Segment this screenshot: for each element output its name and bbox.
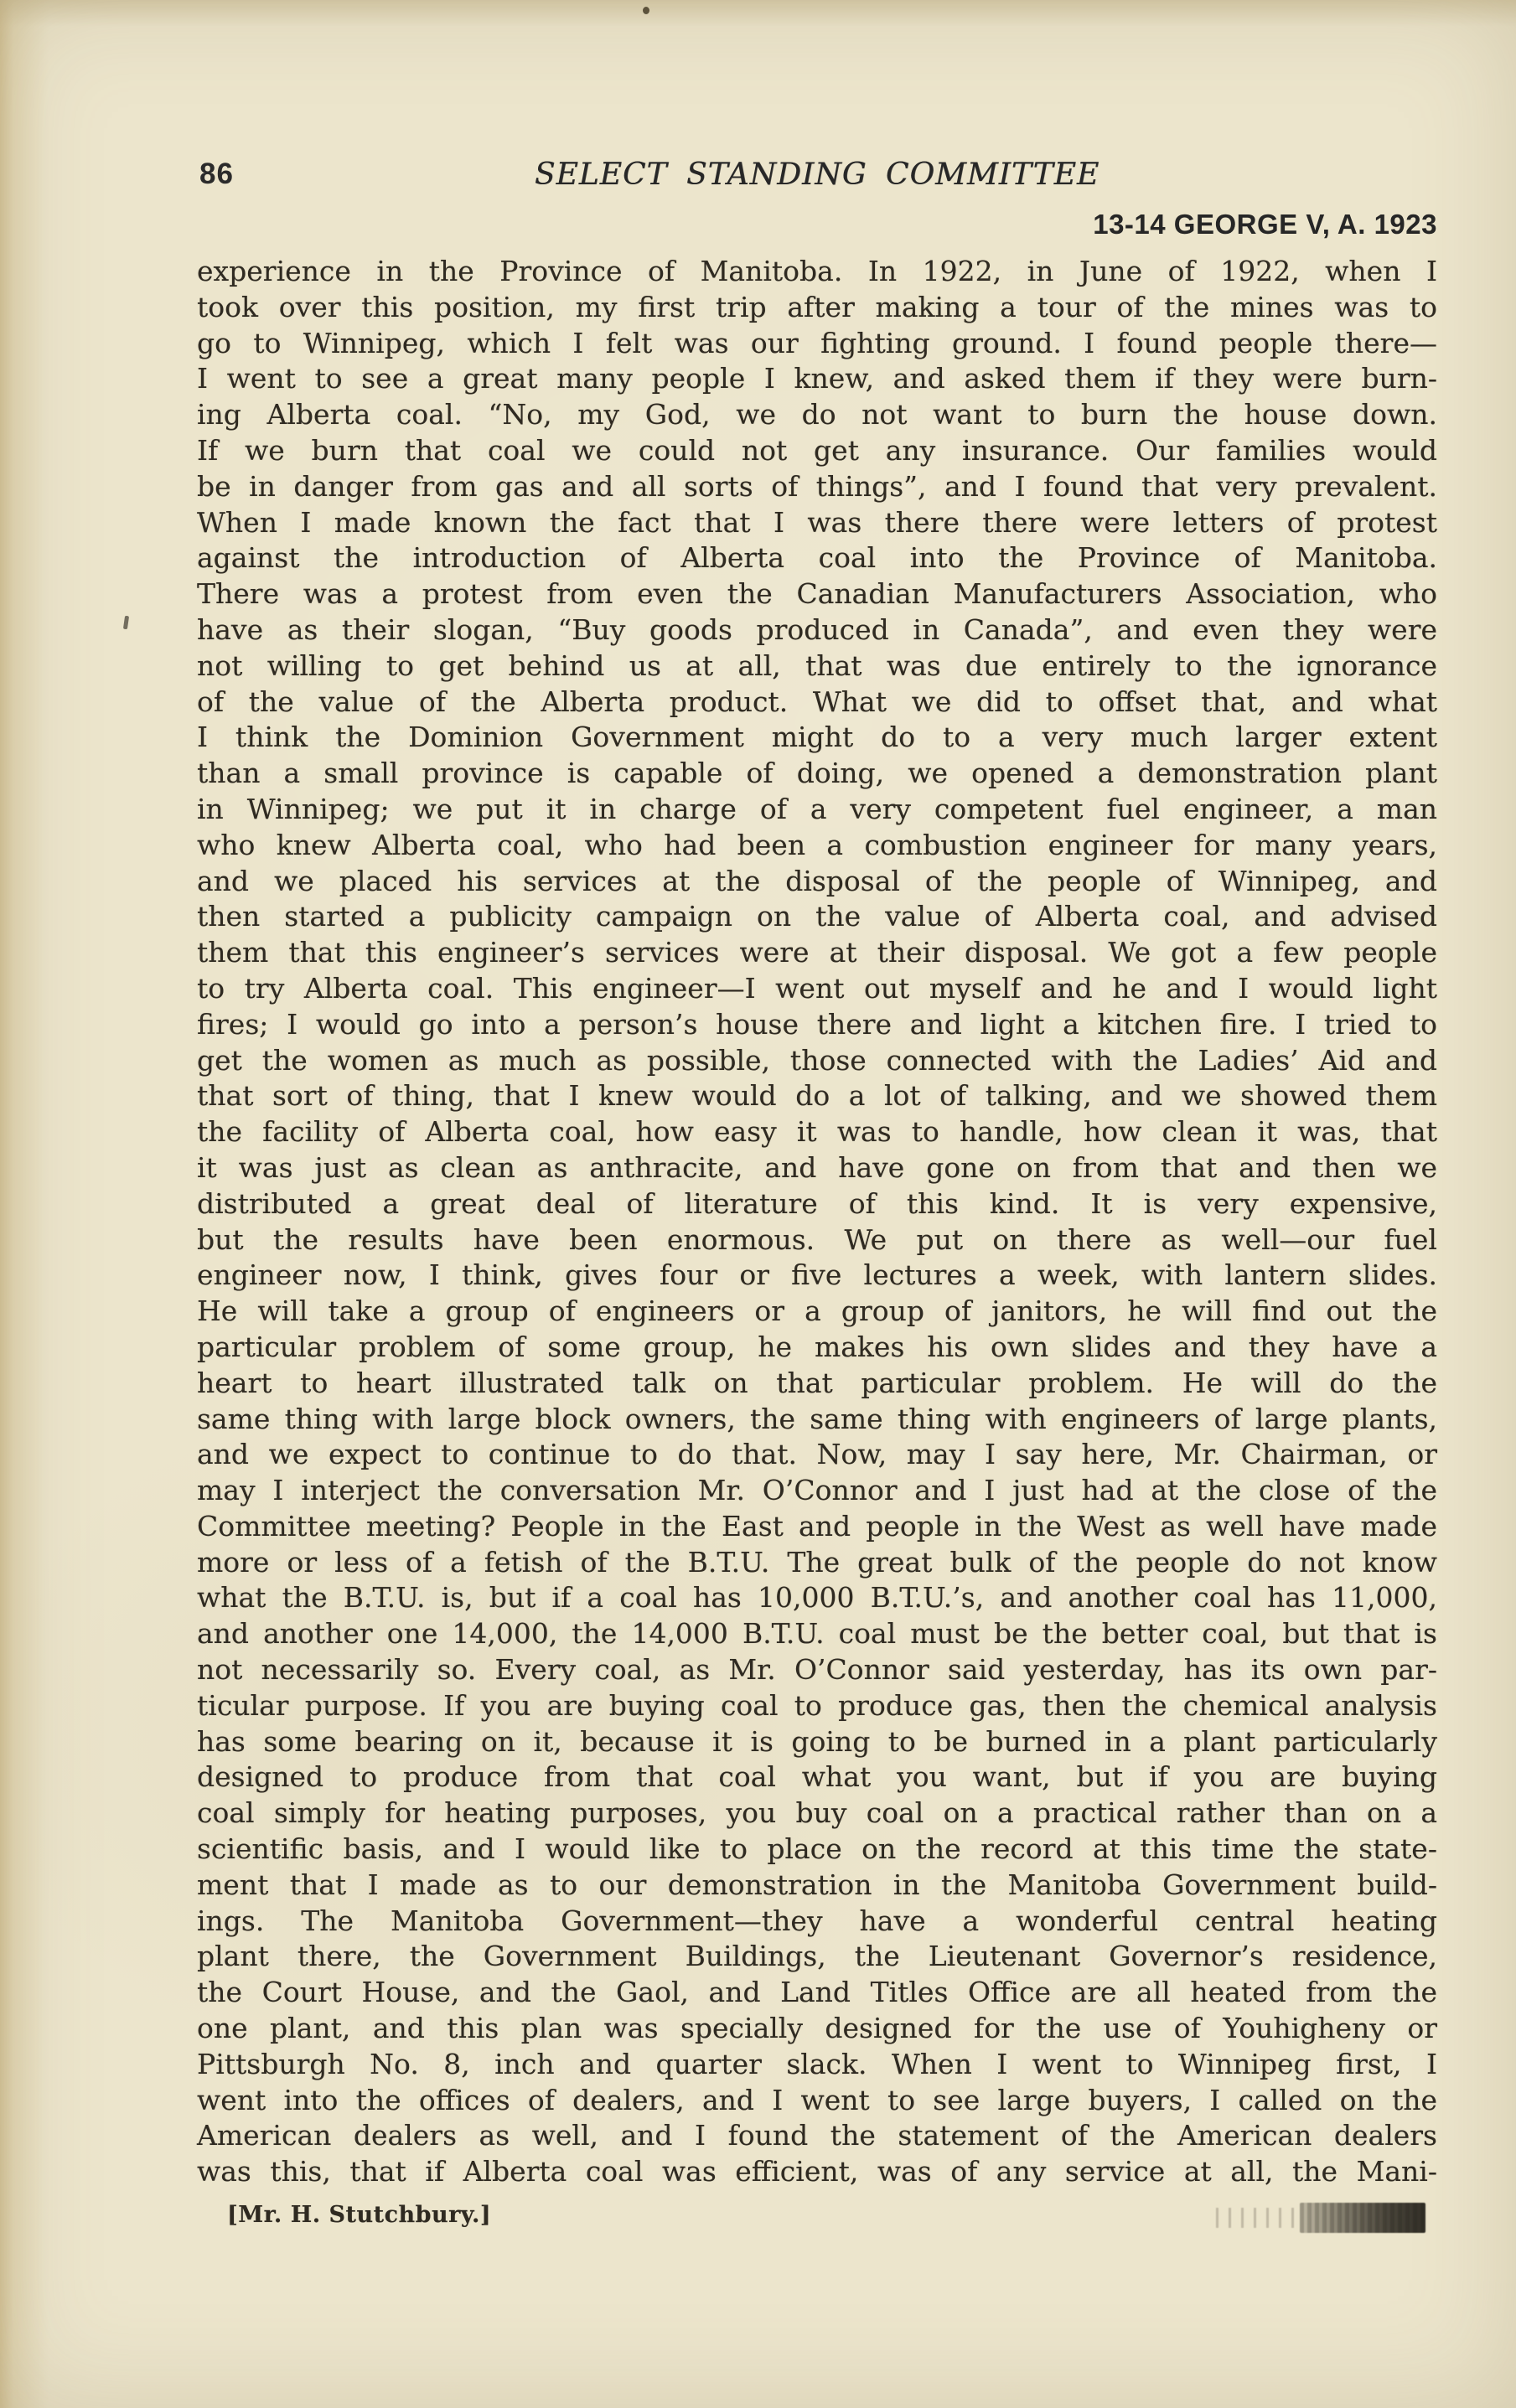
text-line-content: took over this position, my first trip a… xyxy=(197,291,1437,323)
text-line: coal simply for heating purposes, you bu… xyxy=(197,1796,1437,1832)
text-line-content: ings. The Manitoba Government—they have … xyxy=(197,1904,1437,1937)
text-line-content: I think the Dominion Government might do… xyxy=(197,721,1437,753)
text-line: then started a publicity campaign on the… xyxy=(197,899,1437,935)
text-line-content: I went to see a great many people I knew… xyxy=(197,362,1437,395)
text-line-content: and we expect to continue to do that. No… xyxy=(197,1438,1437,1470)
text-line-content: go to Winnipeg, which I felt was our fig… xyxy=(197,327,1437,359)
text-line: designed to produce from that coal what … xyxy=(197,1759,1437,1796)
text-line-content: engineer now, I think, gives four or fiv… xyxy=(197,1258,1437,1291)
text-line: Committee meeting? People in the East an… xyxy=(197,1509,1437,1545)
text-line: ment that I made as to our demonstration… xyxy=(197,1868,1437,1904)
text-line: the facility of Alberta coal, how easy i… xyxy=(197,1114,1437,1150)
text-line: particular problem of some group, he mak… xyxy=(197,1330,1437,1366)
text-line: heart to heart illustrated talk on that … xyxy=(197,1366,1437,1402)
text-line: and we placed his services at the dispos… xyxy=(197,864,1437,900)
text-line-content: who knew Alberta coal, who had been a co… xyxy=(197,829,1437,861)
text-line: ing Alberta coal. “No, my God, we do not… xyxy=(197,397,1437,433)
text-line-content: same thing with large block owners, the … xyxy=(197,1403,1437,1435)
running-title: SELECT STANDING COMMITTEE xyxy=(197,158,1437,192)
text-line-content: that sort of thing, that I knew would do… xyxy=(197,1079,1437,1112)
text-line: and another one 14,000, the 14,000 B.T.U… xyxy=(197,1616,1437,1652)
text-line-content: but the results have been enormous. We p… xyxy=(197,1223,1437,1256)
text-line-content: and another one 14,000, the 14,000 B.T.U… xyxy=(197,1617,1437,1650)
text-line-content: not willing to get behind us at all, tha… xyxy=(197,649,1437,682)
text-line: not willing to get behind us at all, tha… xyxy=(197,649,1437,685)
text-line: more or less of a fetish of the B.T.U. T… xyxy=(197,1545,1437,1581)
text-line: has some bearing on it, because it is go… xyxy=(197,1724,1437,1760)
text-line-content: them that this engineer’s services were … xyxy=(197,936,1437,969)
text-line: distributed a great deal of literature o… xyxy=(197,1186,1437,1222)
text-line-content: it was just as clean as anthracite, and … xyxy=(197,1151,1437,1184)
text-line: When I made known the fact that I was th… xyxy=(197,505,1437,541)
text-line-content: Pittsburgh No. 8, inch and quarter slack… xyxy=(197,2048,1437,2080)
text-line: against the introduction of Alberta coal… xyxy=(197,540,1437,576)
text-line-content: get the women as much as possible, those… xyxy=(197,1044,1437,1077)
text-line-content: He will take a group of engineers or a g… xyxy=(197,1294,1437,1327)
text-line-content: have as their slogan, “Buy goods produce… xyxy=(197,613,1437,646)
text-line-content: There was a protest from even the Canadi… xyxy=(197,577,1437,610)
text-line: engineer now, I think, gives four or fiv… xyxy=(197,1258,1437,1294)
text-line: have as their slogan, “Buy goods produce… xyxy=(197,612,1437,649)
text-line-content: was this, that if Alberta coal was effic… xyxy=(197,2155,1437,2188)
text-line: went into the offices of dealers, and I … xyxy=(197,2083,1437,2119)
text-line-content: of the value of the Alberta product. Wha… xyxy=(197,685,1437,718)
text-line-content: the facility of Alberta coal, how easy i… xyxy=(197,1115,1437,1148)
page-edge-shadow-top xyxy=(0,0,1516,27)
page-footer: [Mr. H. Stutchbury.] xyxy=(197,2200,1437,2239)
text-line-content: be in danger from gas and all sorts of t… xyxy=(197,470,1437,503)
text-line-content: in Winnipeg; we put it in charge of a ve… xyxy=(197,793,1437,825)
text-line-content: plant there, the Government Buildings, t… xyxy=(197,1940,1437,1972)
text-line-content: the Court House, and the Gaol, and Land … xyxy=(197,1976,1437,2008)
text-line: American dealers as well, and I found th… xyxy=(197,2118,1437,2154)
text-line: same thing with large block owners, the … xyxy=(197,1402,1437,1438)
text-line: to try Alberta coal. This engineer—I wen… xyxy=(197,971,1437,1007)
text-line: He will take a group of engineers or a g… xyxy=(197,1294,1437,1330)
text-line: I think the Dominion Government might do… xyxy=(197,720,1437,756)
text-line-content: fires; I would go into a person’s house … xyxy=(197,1008,1437,1041)
text-line: Pittsburgh No. 8, inch and quarter slack… xyxy=(197,2047,1437,2083)
text-line: fires; I would go into a person’s house … xyxy=(197,1007,1437,1043)
text-line: was this, that if Alberta coal was effic… xyxy=(197,2154,1437,2190)
text-line: be in danger from gas and all sorts of t… xyxy=(197,469,1437,505)
speaker-attribution: [Mr. H. Stutchbury.] xyxy=(227,2202,491,2228)
text-line-content: scientific basis, and I would like to pl… xyxy=(197,1832,1437,1865)
text-line: may I interject the conversation Mr. O’C… xyxy=(197,1473,1437,1509)
text-line-content: coal simply for heating purposes, you bu… xyxy=(197,1796,1437,1829)
page-edge-shadow-left xyxy=(0,0,52,2408)
text-line-content: particular problem of some group, he mak… xyxy=(197,1331,1437,1363)
text-line-content: ment that I made as to our demonstration… xyxy=(197,1868,1437,1901)
text-line-content: experience in the Province of Manitoba. … xyxy=(197,255,1437,287)
text-line-content: went into the offices of dealers, and I … xyxy=(197,2084,1437,2116)
text-line: took over this position, my first trip a… xyxy=(197,290,1437,326)
text-line-content: has some bearing on it, because it is go… xyxy=(197,1725,1437,1758)
text-line: who knew Alberta coal, who had been a co… xyxy=(197,828,1437,864)
text-line: go to Winnipeg, which I felt was our fig… xyxy=(197,326,1437,362)
text-line-content: more or less of a fetish of the B.T.U. T… xyxy=(197,1546,1437,1579)
text-line: ings. The Manitoba Government—they have … xyxy=(197,1904,1437,1940)
text-line-content: If we burn that coal we could not get an… xyxy=(197,434,1437,467)
text-line-content: designed to produce from that coal what … xyxy=(197,1760,1437,1793)
text-line-content: then started a publicity campaign on the… xyxy=(197,900,1437,933)
text-line-content: and we placed his services at the dispos… xyxy=(197,865,1437,897)
text-line: not necessarily so. Every coal, as Mr. O… xyxy=(197,1652,1437,1688)
text-line: one plant, and this plan was specially d… xyxy=(197,2011,1437,2047)
text-line-content: Committee meeting? People in the East an… xyxy=(197,1510,1437,1542)
text-line: what the B.T.U. is, but if a coal has 10… xyxy=(197,1580,1437,1616)
text-line: in Winnipeg; we put it in charge of a ve… xyxy=(197,792,1437,828)
text-line-content: American dealers as well, and I found th… xyxy=(197,2119,1437,2152)
text-line-content: against the introduction of Alberta coal… xyxy=(197,541,1437,574)
text-line-content: ing Alberta coal. “No, my God, we do not… xyxy=(197,398,1437,431)
text-line-content: what the B.T.U. is, but if a coal has 10… xyxy=(197,1581,1437,1614)
text-line: If we burn that coal we could not get an… xyxy=(197,433,1437,469)
text-line-content: ticular purpose. If you are buying coal … xyxy=(197,1689,1437,1722)
text-line: and we expect to continue to do that. No… xyxy=(197,1437,1437,1473)
text-line: that sort of thing, that I knew would do… xyxy=(197,1078,1437,1114)
running-head: 86 SELECT STANDING COMMITTEE xyxy=(197,158,1437,193)
text-line: scientific basis, and I would like to pl… xyxy=(197,1832,1437,1868)
text-line: of the value of the Alberta product. Wha… xyxy=(197,685,1437,721)
text-line: get the women as much as possible, those… xyxy=(197,1043,1437,1079)
paper-speck xyxy=(123,616,129,630)
text-line: the Court House, and the Gaol, and Land … xyxy=(197,1975,1437,2011)
text-line: experience in the Province of Manitoba. … xyxy=(197,254,1437,290)
text-line: than a small province is capable of doin… xyxy=(197,756,1437,792)
text-line: I went to see a great many people I knew… xyxy=(197,361,1437,397)
text-line: them that this engineer’s services were … xyxy=(197,935,1437,971)
text-line: ticular purpose. If you are buying coal … xyxy=(197,1688,1437,1724)
ink-smudge-artifact xyxy=(1216,2203,1425,2233)
text-line-content: to try Alberta coal. This engineer—I wen… xyxy=(197,972,1437,1005)
text-line: plant there, the Government Buildings, t… xyxy=(197,1939,1437,1975)
text-line-content: heart to heart illustrated talk on that … xyxy=(197,1367,1437,1399)
scanned-document-page: 86 SELECT STANDING COMMITTEE 13-14 GEORG… xyxy=(0,0,1516,2408)
session-citation-line: 13-14 GEORGE V, A. 1923 xyxy=(197,209,1437,240)
text-line: it was just as clean as anthracite, and … xyxy=(197,1150,1437,1186)
text-line: but the results have been enormous. We p… xyxy=(197,1222,1437,1258)
paper-speck xyxy=(643,7,649,14)
text-line-content: than a small province is capable of doin… xyxy=(197,757,1437,789)
text-line-content: one plant, and this plan was specially d… xyxy=(197,2012,1437,2044)
text-line-content: not necessarily so. Every coal, as Mr. O… xyxy=(197,1653,1437,1686)
testimony-text-block: experience in the Province of Manitoba. … xyxy=(197,254,1437,2190)
text-line-content: When I made known the fact that I was th… xyxy=(197,506,1437,539)
text-line-content: may I interject the conversation Mr. O’C… xyxy=(197,1474,1437,1506)
text-line-content: distributed a great deal of literature o… xyxy=(197,1187,1437,1220)
text-line: There was a protest from even the Canadi… xyxy=(197,576,1437,612)
